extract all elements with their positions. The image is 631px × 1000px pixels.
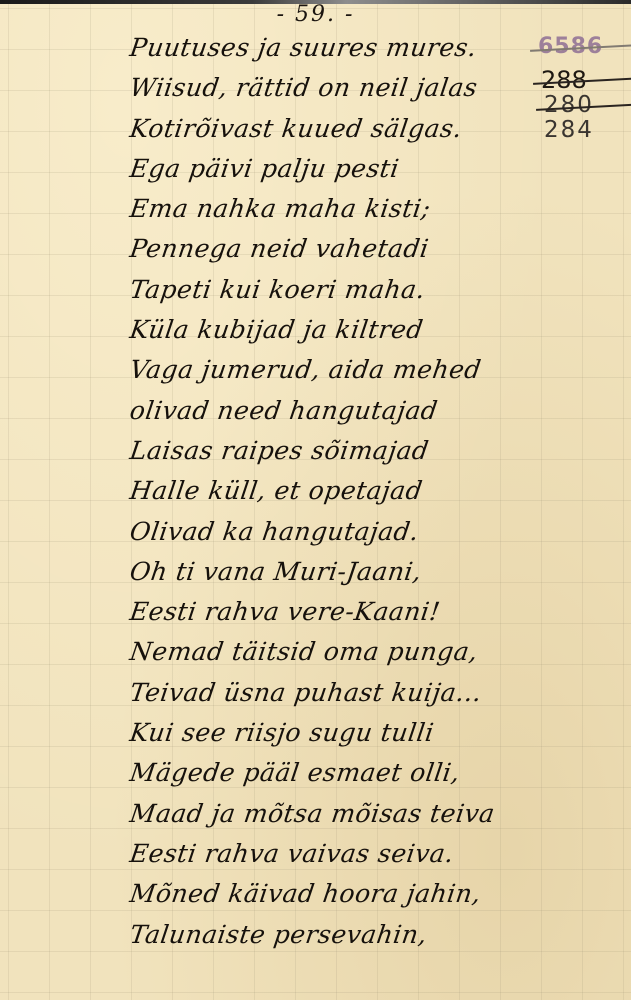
poem-line: Mõned käivad hoora jahin, — [127, 874, 533, 914]
archive-stamp-number: 6586 — [538, 36, 628, 58]
poem-line: Küla kubijad ja kiltred — [127, 310, 533, 350]
poem-line: Kui see riisjo sugu tulli — [127, 713, 533, 753]
margin-archive-numbers: 6586 288 280 284 — [536, 30, 626, 122]
page-number: - 59. - — [0, 2, 631, 27]
poem-line: Puutuses ja suures mures. — [127, 28, 533, 68]
poem-line: Ema nahka maha kisti; — [127, 189, 533, 229]
poem-line: Ega päivi palju pesti — [127, 149, 533, 189]
poem-line: Nemad täitsid oma punga, — [127, 632, 533, 672]
poem-line: Eesti rahva vere-Kaani! — [127, 592, 533, 632]
poem-line: olivad need hangutajad — [127, 391, 533, 431]
poem-line: Kotirõivast kuued sälgas. — [127, 109, 533, 149]
poem-line: Vaga jumerud, aida mehed — [127, 350, 533, 390]
poem-line: Eesti rahva vaivas seiva. — [127, 834, 533, 874]
poem-line: Halle küll, et opetajad — [127, 471, 533, 511]
poem-line: Oh ti vana Muri-Jaani, — [127, 552, 533, 592]
poem-text: Puutuses ja suures mures. Wiisud, rättid… — [130, 28, 530, 955]
poem-line: Laisas raipes sõimajad — [127, 431, 533, 471]
poem-line: Talunaiste persevahin, — [127, 915, 533, 955]
poem-line: Tapeti kui koeri maha. — [127, 270, 533, 310]
poem-line: Pennega neid vahetadi — [127, 229, 533, 269]
poem-line: Teivad üsna puhast kuija... — [127, 673, 533, 713]
poem-line: Mägede pääl esmaet olli, — [127, 753, 533, 793]
poem-line: Olivad ka hangutajad. — [127, 512, 533, 552]
margin-number-struck-2: 280 — [544, 94, 631, 117]
poem-line: Wiisud, rättid on neil jalas — [127, 68, 533, 108]
margin-number-current: 284 — [544, 119, 631, 142]
poem-line: Maad ja mõtsa mõisas teiva — [127, 794, 533, 834]
margin-number-struck-1: 288 — [541, 68, 631, 92]
